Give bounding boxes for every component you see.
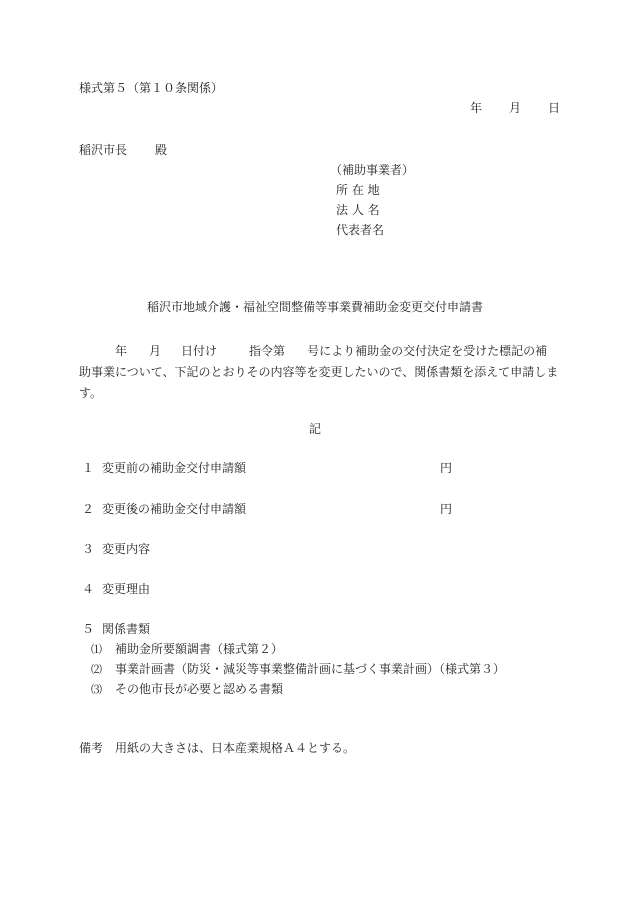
body-line-3: す。: [79, 383, 549, 404]
applicant-corporation-label: 法 人 名: [330, 204, 414, 224]
addressee-name: 稲沢市長: [79, 143, 127, 157]
body-line-2: 助事業について、下記のとおりその内容等を変更したいので、関係書類を添えて申請しま: [79, 362, 549, 383]
item-related-documents: ５関係書類: [82, 623, 150, 635]
applicant-address-label: 所 在 地: [330, 184, 414, 204]
applicant-heading: （補助事業者）: [330, 164, 414, 184]
item-post-change-amount: ２変更後の補助金交付申請額円: [82, 503, 246, 515]
ki-heading: 記: [0, 423, 630, 435]
form-number: 様式第５（第１０条関係）: [79, 82, 223, 94]
date-day: 日: [548, 102, 560, 114]
addressee: 稲沢市長殿: [79, 144, 167, 156]
remarks-text: 用紙の大きさは、日本産業規格Ａ４とする。: [115, 741, 355, 755]
applicant-representative-label: 代表者名: [330, 224, 414, 244]
document-item-1: ⑴補助金所要額調書（様式第２）: [91, 643, 283, 655]
applicant-block: （補助事業者） 所 在 地 法 人 名 代表者名: [330, 164, 414, 244]
addressee-honorific: 殿: [155, 143, 167, 157]
remarks-label: 備考: [79, 741, 103, 755]
date-line: 年 月 日: [470, 102, 560, 114]
body-paragraph: 年月日付け指令第号により補助金の交付決定を受けた標記の補 助事業について、下記の…: [79, 341, 549, 404]
document-item-2: ⑵事業計画書（防災・減災等事業整備計画に基づく事業計画）（様式第３）: [91, 663, 505, 675]
body-line-1: 年月日付け指令第号により補助金の交付決定を受けた標記の補: [79, 341, 549, 362]
remarks: 備考用紙の大きさは、日本産業規格Ａ４とする。: [79, 742, 355, 754]
item-change-content: ３変更内容: [82, 543, 150, 555]
item-pre-change-amount: １変更前の補助金交付申請額円: [82, 462, 246, 474]
date-year: 年: [470, 102, 482, 114]
document-item-3: ⑶その他市長が必要と認める書類: [91, 683, 283, 695]
document-title: 稲沢市地域介護・福祉空間整備等事業費補助金変更交付申請書: [0, 301, 630, 313]
date-month: 月: [509, 102, 521, 114]
item-change-reason: ４変更理由: [82, 583, 150, 595]
